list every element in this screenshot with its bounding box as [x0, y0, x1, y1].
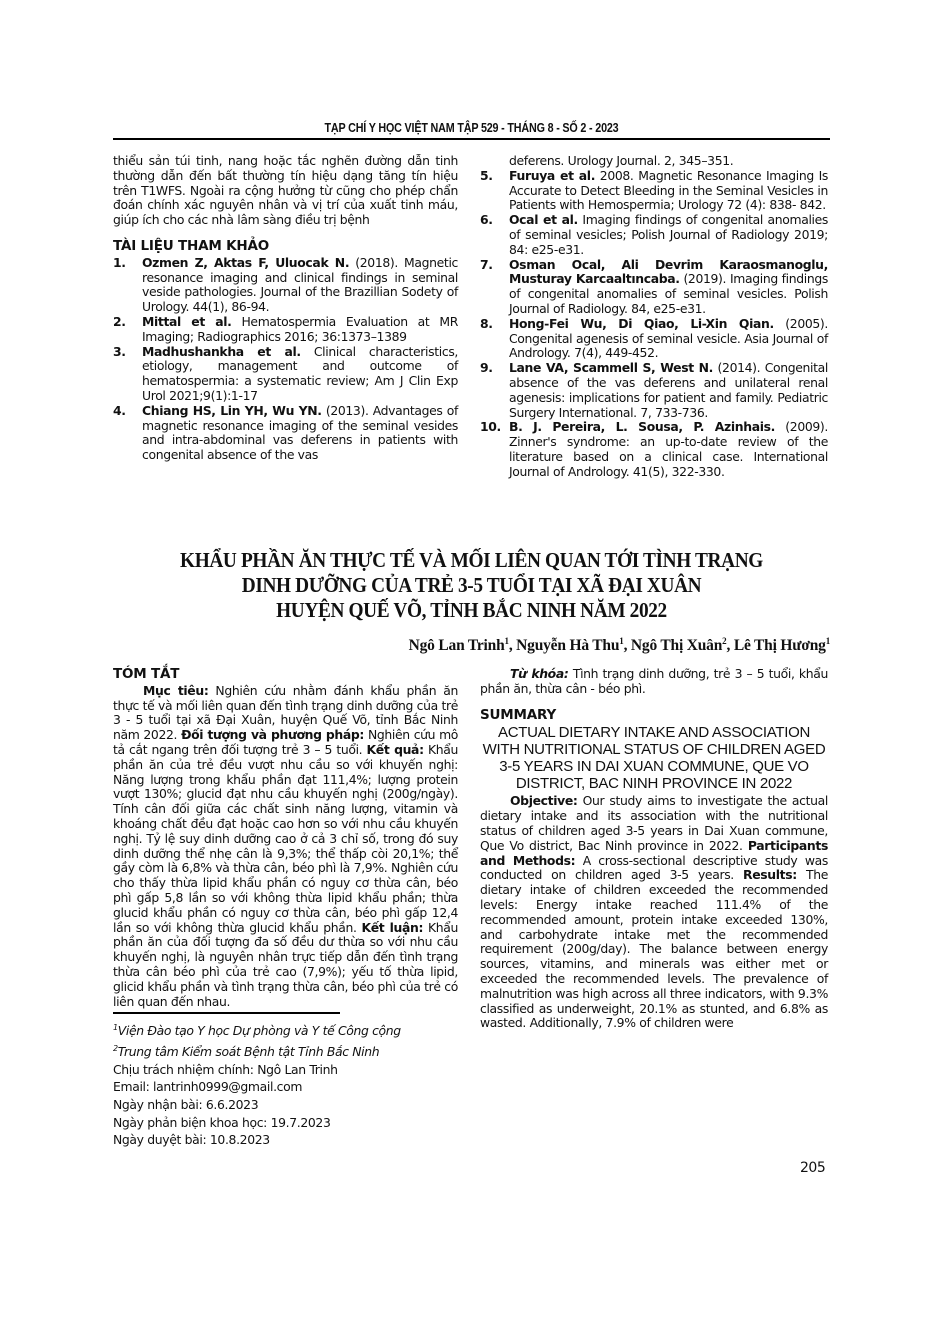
methods-label: Đối tượng và phương pháp:: [181, 727, 364, 742]
english-title: ACTUAL DIETARY INTAKE AND ASSOCIATION WI…: [480, 724, 828, 792]
reference-item: 8. Hong-Fei Wu, Di Qiao, Li-Xin Qian. (2…: [480, 317, 828, 361]
reference-authors: Madhushankha et al.: [142, 344, 301, 359]
reference-authors: B. J. Pereira, L. Sousa, P. Azinhais.: [509, 419, 775, 434]
footnote-rule: [113, 1012, 340, 1014]
reference-authors: Hong-Fei Wu, Di Qiao, Li-Xin Qian.: [509, 316, 774, 331]
title-line: DINH DƯỠNG CỦA TRẺ 3-5 TUỔI TẠI XÃ ĐẠI X…: [142, 573, 802, 598]
reference-item: 7. Osman Ocal, Ali Devrim Karaosmanoglu,…: [480, 258, 828, 317]
author-affiliation-mark: 1: [826, 636, 830, 646]
abstract-body: Mục tiêu: Nghiên cứu nhằm đánh khẩu phần…: [113, 684, 458, 1010]
results-label-en: Results:: [743, 867, 797, 882]
affiliation-2: 2Trung tâm Kiểm soát Bệnh tật Tỉnh Bắc N…: [113, 1040, 458, 1061]
prev-article-left-column: thiểu sản túi tinh, nang hoặc tắc nghẽn …: [113, 154, 458, 463]
keywords-label: Từ khóa:: [510, 666, 568, 681]
header-rule: [113, 138, 830, 140]
reference-authors: Chiang HS, Lin YH, Wu YN.: [142, 403, 322, 418]
author-affiliation-mark: 2: [722, 636, 726, 646]
title-line: HUYỆN QUẾ VÕ, TỈNH BẮC NINH NĂM 2022: [142, 598, 802, 623]
references-heading: TÀI LIỆU THAM KHẢO: [113, 239, 458, 254]
received-date: Ngày nhận bài: 6.6.2023: [113, 1096, 458, 1114]
reference-number: 2.: [113, 315, 142, 330]
keywords-paragraph: Từ khóa: Tình trạng dinh dưỡng, trẻ 3 – …: [480, 667, 828, 697]
reference-number: 6.: [480, 213, 509, 228]
email-address: Email: lantrinh0999@gmail.com: [113, 1078, 458, 1096]
accepted-date: Ngày duyệt bài: 10.8.2023: [113, 1131, 458, 1149]
reference-item: 6. Ocal et al. Imaging findings of conge…: [480, 213, 828, 257]
corresponding-author: Chịu trách nhiệm chính: Ngô Lan Trinh: [113, 1061, 458, 1079]
summary-body: Objective: Our study aims to investigate…: [480, 794, 828, 1031]
objective-label: Mục tiêu:: [143, 683, 208, 698]
results-text-en: The dietary intake of children exceeded …: [480, 867, 828, 1030]
abstract-vietnamese: TÓM TẮT Mục tiêu: Nghiên cứu nhằm đánh k…: [113, 667, 458, 1009]
reference-authors: Mittal et al.: [142, 314, 232, 329]
author-name: Ngô Lan Trinh: [409, 637, 505, 654]
page-number: 205: [800, 1160, 825, 1176]
results-label: Kết quả:: [367, 742, 424, 757]
reference-number: 3.: [113, 345, 142, 360]
reference-number: 1.: [113, 256, 142, 271]
reference-number: 9.: [480, 361, 509, 376]
author-list: Ngô Lan Trinh1, Nguyễn Hà Thu1, Ngô Thị …: [113, 636, 830, 655]
reference-number: 8.: [480, 317, 509, 332]
reference-authors: Ocal et al.: [509, 212, 578, 227]
author-affiliation-mark: 1: [619, 636, 623, 646]
reference-item: 2. Mittal et al. Hematospermia Evaluatio…: [113, 315, 458, 345]
results-text: Khẩu phần ăn của trẻ đều vượt nhu cầu so…: [113, 742, 458, 935]
reference-number: 7.: [480, 258, 509, 273]
footnotes: 1Viện Đào tạo Y học Dự phòng và Y tế Côn…: [113, 1019, 458, 1149]
title-line: KHẨU PHẦN ĂN THỰC TẾ VÀ MỐI LIÊN QUAN TỚ…: [142, 548, 802, 573]
reference-authors: Lane VA, Scammell S, West N.: [509, 360, 713, 375]
author-name: Lê Thị Hương: [734, 637, 826, 654]
reference-item: 1. Ozmen Z, Aktas F, Uluocak N. (2018). …: [113, 256, 458, 315]
reference-number: 5.: [480, 169, 509, 184]
reference-number: 10.: [480, 420, 509, 435]
reference-item: 3. Madhushankha et al. Clinical characte…: [113, 345, 458, 404]
reference-item: 10. B. J. Pereira, L. Sousa, P. Azinhais…: [480, 420, 828, 479]
article-title: KHẨU PHẦN ĂN THỰC TẾ VÀ MỐI LIÊN QUAN TỚ…: [113, 548, 830, 623]
author-name: Nguyễn Hà Thu: [516, 637, 619, 654]
reference-item: 5. Furuya et al. 2008. Magnetic Resonanc…: [480, 169, 828, 213]
journal-page: TẠP CHÍ Y HỌC VIỆT NAM TẬP 529 - THÁNG 8…: [0, 0, 942, 1333]
reviewed-date: Ngày phản biện khoa học: 19.7.2023: [113, 1114, 458, 1132]
author-name: Ngô Thị Xuân: [631, 637, 722, 654]
reference-continuation: deferens. Urology Journal. 2, 345–351.: [480, 154, 828, 169]
prev-article-conclusion: thiểu sản túi tinh, nang hoặc tắc nghẽn …: [113, 154, 458, 228]
affiliation-1: 1Viện Đào tạo Y học Dự phòng và Y tế Côn…: [113, 1019, 458, 1040]
author-affiliation-mark: 1: [505, 636, 509, 646]
conclusion-label: Kết luận:: [361, 920, 423, 935]
reference-number: 4.: [113, 404, 142, 419]
reference-item: 4. Chiang HS, Lin YH, Wu YN. (2013). Adv…: [113, 404, 458, 463]
abstract-heading: TÓM TẮT: [113, 667, 458, 682]
summary-heading: SUMMARY: [480, 708, 828, 723]
abstract-right-column: Từ khóa: Tình trạng dinh dưỡng, trẻ 3 – …: [480, 667, 828, 1031]
reference-authors: Furuya et al.: [509, 168, 595, 183]
reference-authors: Ozmen Z, Aktas F, Uluocak N.: [142, 255, 349, 270]
objective-label-en: Objective:: [510, 793, 578, 808]
prev-article-right-column: deferens. Urology Journal. 2, 345–351. 5…: [480, 154, 828, 480]
running-head: TẠP CHÍ Y HỌC VIỆT NAM TẬP 529 - THÁNG 8…: [163, 121, 780, 135]
reference-item: 9. Lane VA, Scammell S, West N. (2014). …: [480, 361, 828, 420]
